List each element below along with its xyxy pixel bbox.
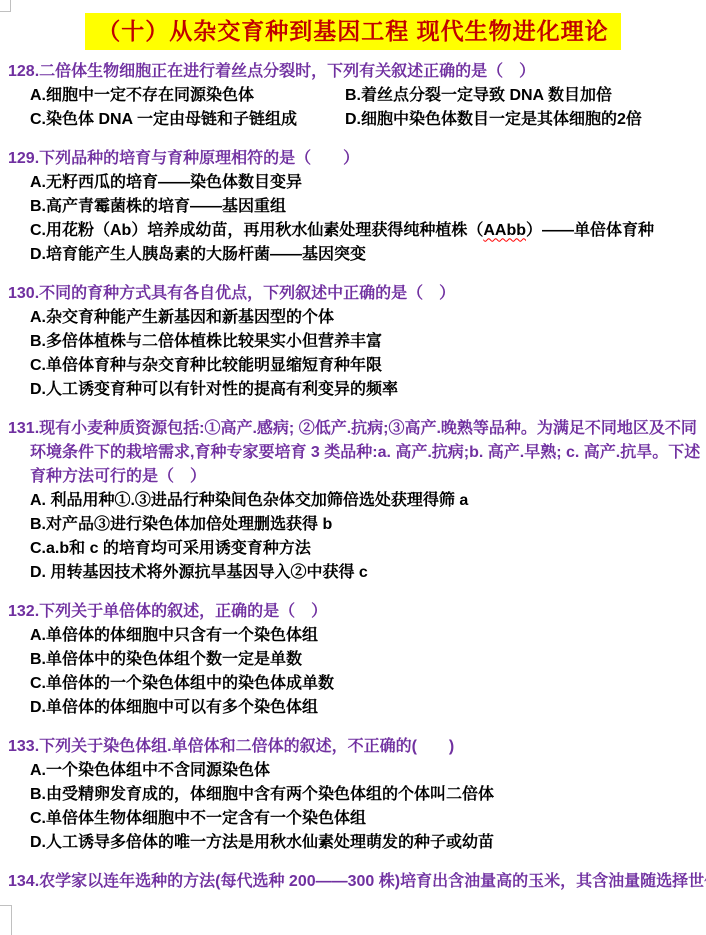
- question-133: 133.下列关于染色体组.单倍体和二倍体的叙述，不正确的( ) A.一个染色体组…: [0, 735, 706, 855]
- question-128-option-c: C.染色体 DNA 一定由母链和子链组成: [30, 108, 345, 132]
- question-134: 134.农学家以连年选种的方法(每代选种 200——300 株)培育出含油量高的…: [0, 870, 706, 894]
- worksheet-title: （十）从杂交育种到基因工程 现代生物进化理论: [85, 13, 620, 50]
- question-129: 129.下列品种的培育与育种原理相符的是（ ） A.无籽西瓜的培育——染色体数目…: [0, 147, 706, 267]
- question-131-stem: 131.现有小麦种质资源包括:①高产.感病; ②低产.抗病;③高产.晚熟等品种。…: [0, 417, 706, 489]
- question-132-stem: 132.下列关于单倍体的叙述，正确的是（ ）: [0, 600, 706, 624]
- question-133-option-a: A.一个染色体组中不含同源染色体: [0, 759, 706, 783]
- question-133-option-b: B.由受精卵发育成的，体细胞中含有两个染色体组的个体叫二倍体: [0, 783, 706, 807]
- question-128-option-b: B.着丝点分裂一定导致 DNA 数目加倍: [345, 84, 706, 108]
- spellcheck-marked-text: AAbb: [483, 222, 526, 239]
- question-131: 131.现有小麦种质资源包括:①高产.感病; ②低产.抗病;③高产.晚熟等品种。…: [0, 417, 706, 585]
- question-129-stem: 129.下列品种的培育与育种原理相符的是（ ）: [0, 147, 706, 171]
- question-133-option-c: C.单倍体生物体细胞中不一定含有一个染色体组: [0, 807, 706, 831]
- question-130-option-c: C.单倍体育种与杂交育种比较能明显缩短育种年限: [0, 354, 706, 378]
- question-128-stem: 128.二倍体生物细胞正在进行着丝点分裂时，下列有关叙述正确的是（ ）: [0, 60, 706, 84]
- question-129-option-b: B.高产青霉菌株的培育——基因重组: [0, 195, 706, 219]
- title-row: （十）从杂交育种到基因工程 现代生物进化理论: [0, 0, 706, 50]
- question-132: 132.下列关于单倍体的叙述，正确的是（ ） A.单倍体的体细胞中只含有一个染色…: [0, 600, 706, 720]
- margin-crop-mark-top-left: [0, 0, 11, 12]
- question-133-option-d: D.人工诱导多倍体的唯一方法是用秋水仙素处理萌发的种子或幼苗: [0, 831, 706, 855]
- question-128-options: A.细胞中一定不存在同源染色体 B.着丝点分裂一定导致 DNA 数目加倍 C.染…: [0, 84, 706, 132]
- question-133-stem: 133.下列关于染色体组.单倍体和二倍体的叙述，不正确的( ): [0, 735, 706, 759]
- question-131-option-d: D. 用转基因技术将外源抗旱基因导入②中获得 c: [0, 561, 706, 585]
- question-131-option-c: C.a.b和 c 的培育均可采用诱变育种方法: [0, 537, 706, 561]
- question-129-option-d: D.培育能产生人胰岛素的大肠杆菌——基因突变: [0, 243, 706, 267]
- question-132-option-b: B.单倍体中的染色体组个数一定是单数: [0, 648, 706, 672]
- question-130-option-b: B.多倍体植株与二倍体植株比较果实小但营养丰富: [0, 330, 706, 354]
- question-129-option-a: A.无籽西瓜的培育——染色体数目变异: [0, 171, 706, 195]
- question-134-stem: 134.农学家以连年选种的方法(每代选种 200——300 株)培育出含油量高的…: [0, 870, 706, 894]
- question-130-option-d: D.人工诱变育种可以有针对性的提高有利变异的频率: [0, 378, 706, 402]
- question-130-option-a: A.杂交育种能产生新基因和新基因型的个体: [0, 306, 706, 330]
- question-129-option-c: C.用花粉（Ab）培养成幼苗，再用秋水仙素处理获得纯种植株（AAbb）——单倍体…: [0, 219, 706, 243]
- question-132-option-d: D.单倍体的体细胞中可以有多个染色体组: [0, 696, 706, 720]
- question-128-option-a: A.细胞中一定不存在同源染色体: [30, 84, 345, 108]
- question-132-option-a: A.单倍体的体细胞中只含有一个染色体组: [0, 624, 706, 648]
- question-132-option-c: C.单倍体的一个染色体组中的染色体成单数: [0, 672, 706, 696]
- question-131-option-b: B.对产品③进行染色体加倍处理删选获得 b: [0, 513, 706, 537]
- question-128-option-d: D.细胞中染色体数目一定是其体细胞的2倍: [345, 108, 706, 132]
- question-130-stem: 130.不同的育种方式具有各自优点，下列叙述中正确的是（ ）: [0, 282, 706, 306]
- question-131-option-a: A. 利品用种①.③进品行种染间色杂体交加筛倍选处获理得筛 a: [0, 489, 706, 513]
- margin-crop-mark-bottom-left: [0, 905, 12, 935]
- option-c-text-post: ）——单倍体育种: [526, 222, 654, 239]
- question-128: 128.二倍体生物细胞正在进行着丝点分裂时，下列有关叙述正确的是（ ） A.细胞…: [0, 60, 706, 132]
- worksheet-page: （十）从杂交育种到基因工程 现代生物进化理论 128.二倍体生物细胞正在进行着丝…: [0, 0, 706, 935]
- question-130: 130.不同的育种方式具有各自优点，下列叙述中正确的是（ ） A.杂交育种能产生…: [0, 282, 706, 402]
- option-c-text-pre: C.用花粉（Ab）培养成幼苗，再用秋水仙素处理获得纯种植株（: [30, 222, 483, 239]
